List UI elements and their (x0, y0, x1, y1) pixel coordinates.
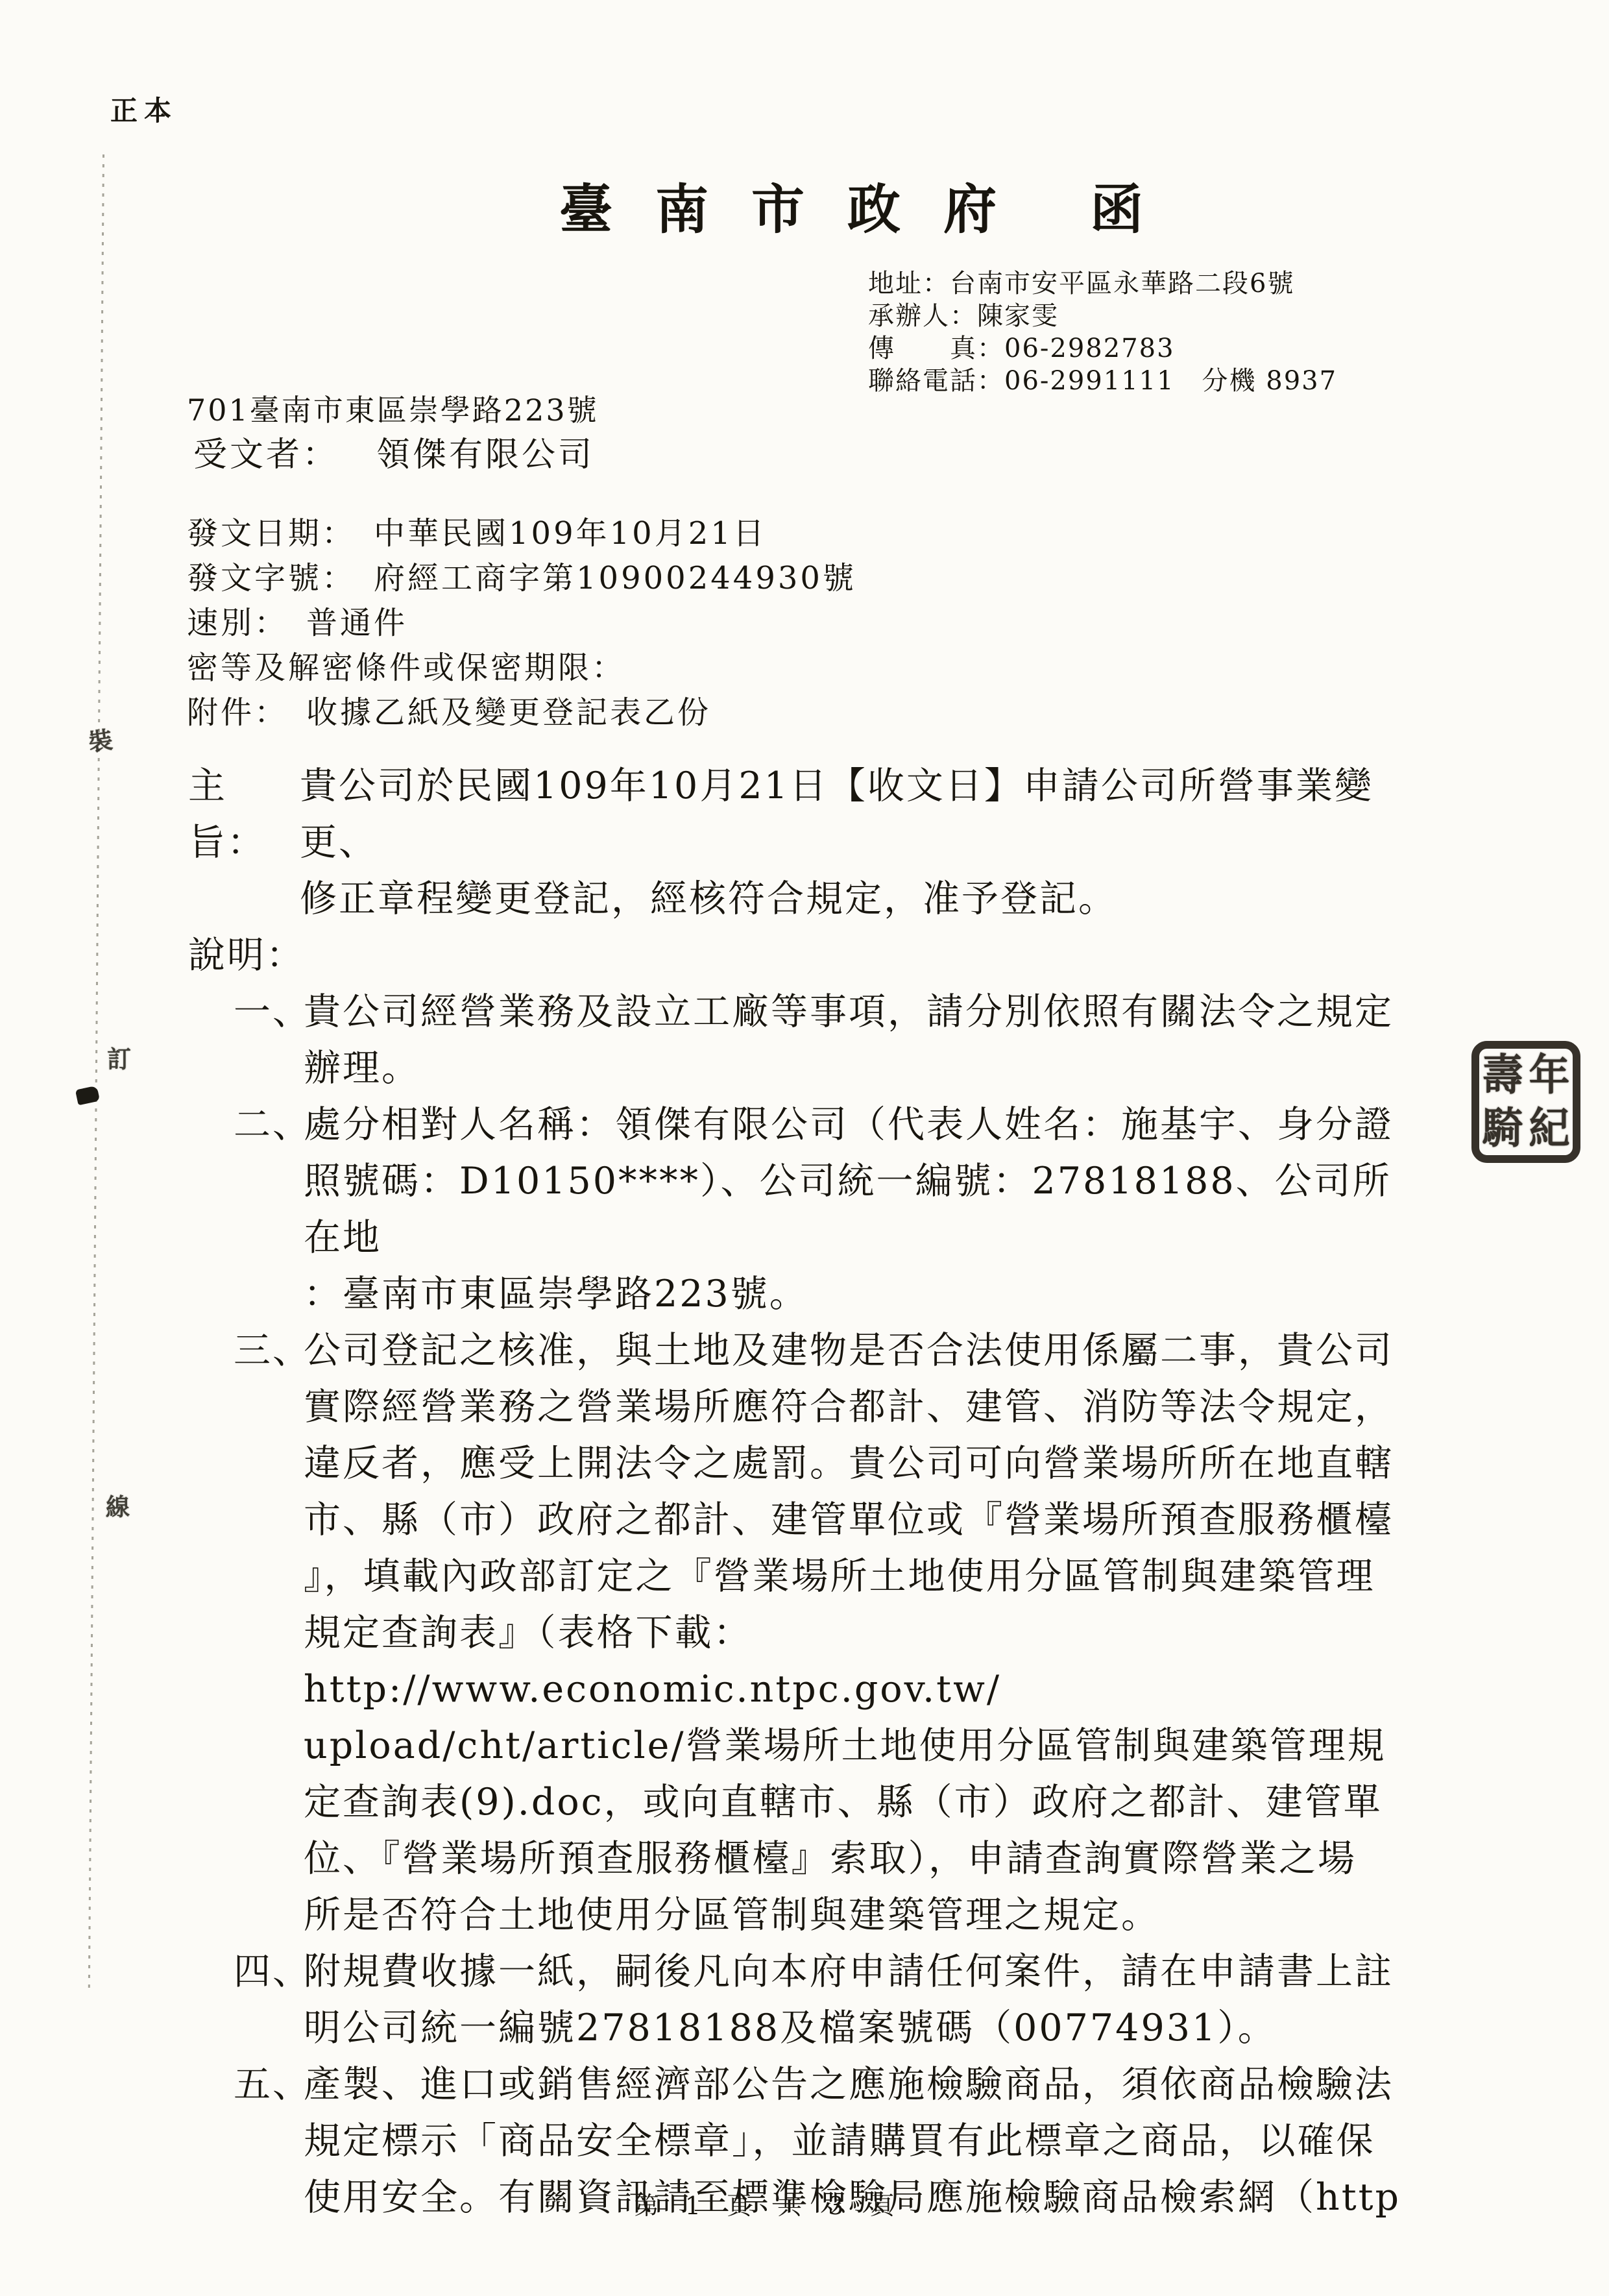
item-text: 處分相對人名稱：領傑有限公司（代表人姓名：施基宇、身分證 照號碼：D10150*… (304, 1097, 1408, 1323)
recipient-row: 受文者： 領傑有限公司 (193, 427, 594, 476)
item-number: 五、 (234, 2057, 304, 2113)
document-page: 正本 臺 南 市 政 府 函 地址：台南市安平區永華路二段6號 承辦人：陳家雯 … (0, 0, 1609, 2296)
sender-address: 地址：台南市安平區永華路二段6號 (868, 267, 1337, 300)
list-item: 三、 公司登記之核准，與土地及建物是否合法使用係屬二事，貴公司 實際經營業務之營… (188, 1323, 1408, 1944)
subject-label: 主旨： (188, 758, 300, 871)
seal-glyph: 壽 (1482, 1054, 1523, 1097)
recipient-name: 領傑有限公司 (376, 427, 594, 476)
list-item: 一、 貴公司經營業務及設立工廠等事項，請分別依照有關法令之規定 辦理。 (188, 984, 1408, 1097)
item-number: 二、 (234, 1097, 304, 1153)
seal-glyph: 紀 (1529, 1107, 1570, 1150)
item-text: 附規費收據一紙，嗣後凡向本府申請任何案件，請在申請書上註 明公司統一編號2781… (304, 1944, 1408, 2057)
sender-phone: 聯絡電話：06-2991111 分機 8937 (868, 365, 1337, 397)
sender-contact-person: 承辦人：陳家雯 (868, 300, 1337, 332)
title-char: 市 (751, 183, 804, 236)
item-number: 三、 (234, 1323, 304, 1379)
item-text: 公司登記之核准，與土地及建物是否合法使用係屬二事，貴公司 實際經營業務之營業場所… (304, 1323, 1408, 1944)
sender-fax: 傳 真：06-2982783 (868, 332, 1337, 365)
binding-char-xian: 線 (106, 1487, 130, 1522)
official-seal: 年 壽 紀 騎 (1471, 1041, 1580, 1163)
item-text: 貴公司經營業務及設立工廠等事項，請分別依照有關法令之規定 辦理。 (304, 984, 1408, 1097)
page-number-indicator: 第 1 頁 共 3 頁 (0, 2186, 1573, 2221)
title-char: 府 (943, 183, 997, 236)
subject-row: 主旨： 貴公司於民國109年10月21日【收文日】申請公司所營事業變更、 修正章… (188, 758, 1408, 927)
list-item: 二、 處分相對人名稱：領傑有限公司（代表人姓名：施基宇、身分證 照號碼：D101… (188, 1097, 1408, 1323)
title-char: 政 (847, 183, 901, 236)
list-item: 四、 附規費收據一紙，嗣後凡向本府申請任何案件，請在申請書上註 明公司統一編號2… (188, 1944, 1408, 2057)
explanation-label: 說明： (188, 927, 1408, 984)
title-char: 函 (1090, 183, 1143, 236)
document-body: 主旨： 貴公司於民國109年10月21日【收文日】申請公司所營事業變更、 修正章… (188, 758, 1408, 2226)
binding-char-zhuang: 裝 (86, 720, 114, 759)
document-metadata-block: 發文日期： 中華民國109年10月21日 發文字號： 府經工商字第1090024… (187, 511, 856, 735)
item-number: 四、 (234, 1944, 304, 2000)
seal-glyph: 騎 (1482, 1107, 1523, 1150)
seal-glyph: 年 (1529, 1054, 1570, 1097)
title-char: 南 (655, 183, 708, 236)
item-number: 一、 (234, 984, 304, 1040)
binding-char-ding: 訂 (107, 1040, 131, 1075)
document-title: 臺 南 市 政 府 函 (559, 183, 1143, 236)
subject-text: 貴公司於民國109年10月21日【收文日】申請公司所營事業變更、 修正章程變更登… (300, 758, 1408, 927)
recipient-postal-address: 701臺南市東區崇學路223號 (187, 387, 599, 430)
sender-contact-block: 地址：台南市安平區永華路二段6號 承辦人：陳家雯 傳 真：06-2982783 … (868, 267, 1337, 397)
copy-label: 正本 (110, 90, 178, 128)
title-char: 臺 (559, 183, 612, 236)
binding-dotted-line (88, 154, 104, 1991)
recipient-label: 受文者： (193, 427, 376, 476)
